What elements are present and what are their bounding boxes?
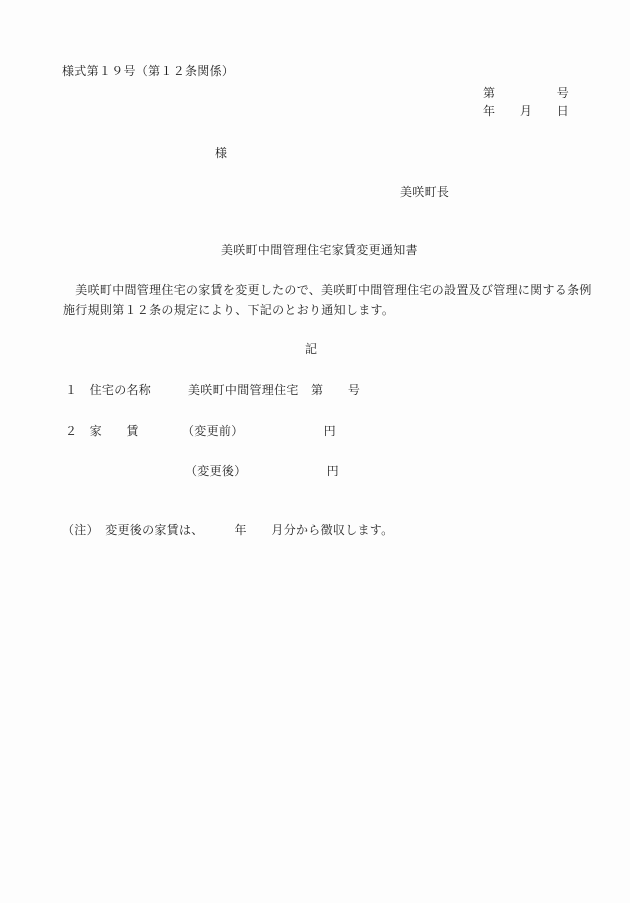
document-page: 様式第１９号（第１２条関係） 第 号 年 月 日 様 美咲町長 美咲町中間管理住…: [0, 0, 630, 903]
item-rent-before: ２ 家 賃 （変更前） 円: [65, 424, 336, 438]
sender-name: 美咲町長: [400, 185, 449, 199]
addressee-honorific: 様: [215, 146, 227, 160]
body-line-1: 美咲町中間管理住宅の家賃を変更したので、美咲町中間管理住宅の設置及び管理に関する…: [63, 283, 592, 297]
record-heading: 記: [305, 342, 317, 356]
date-line: 年 月 日: [483, 104, 569, 118]
form-number: 様式第１９号（第１２条関係）: [62, 64, 234, 78]
document-title: 美咲町中間管理住宅家賃変更通知書: [221, 243, 418, 257]
document-number-line: 第 号: [483, 86, 569, 100]
item-rent-after: （変更後） 円: [185, 464, 339, 478]
item-housing-name: １ 住宅の名称 美咲町中間管理住宅 第 号: [65, 383, 360, 397]
body-line-2: 施行規則第１２条の規定により、下記のとおり通知します。: [63, 303, 394, 317]
note-line: （注） 変更後の家賃は、 年 月分から徴収します。: [62, 523, 393, 537]
